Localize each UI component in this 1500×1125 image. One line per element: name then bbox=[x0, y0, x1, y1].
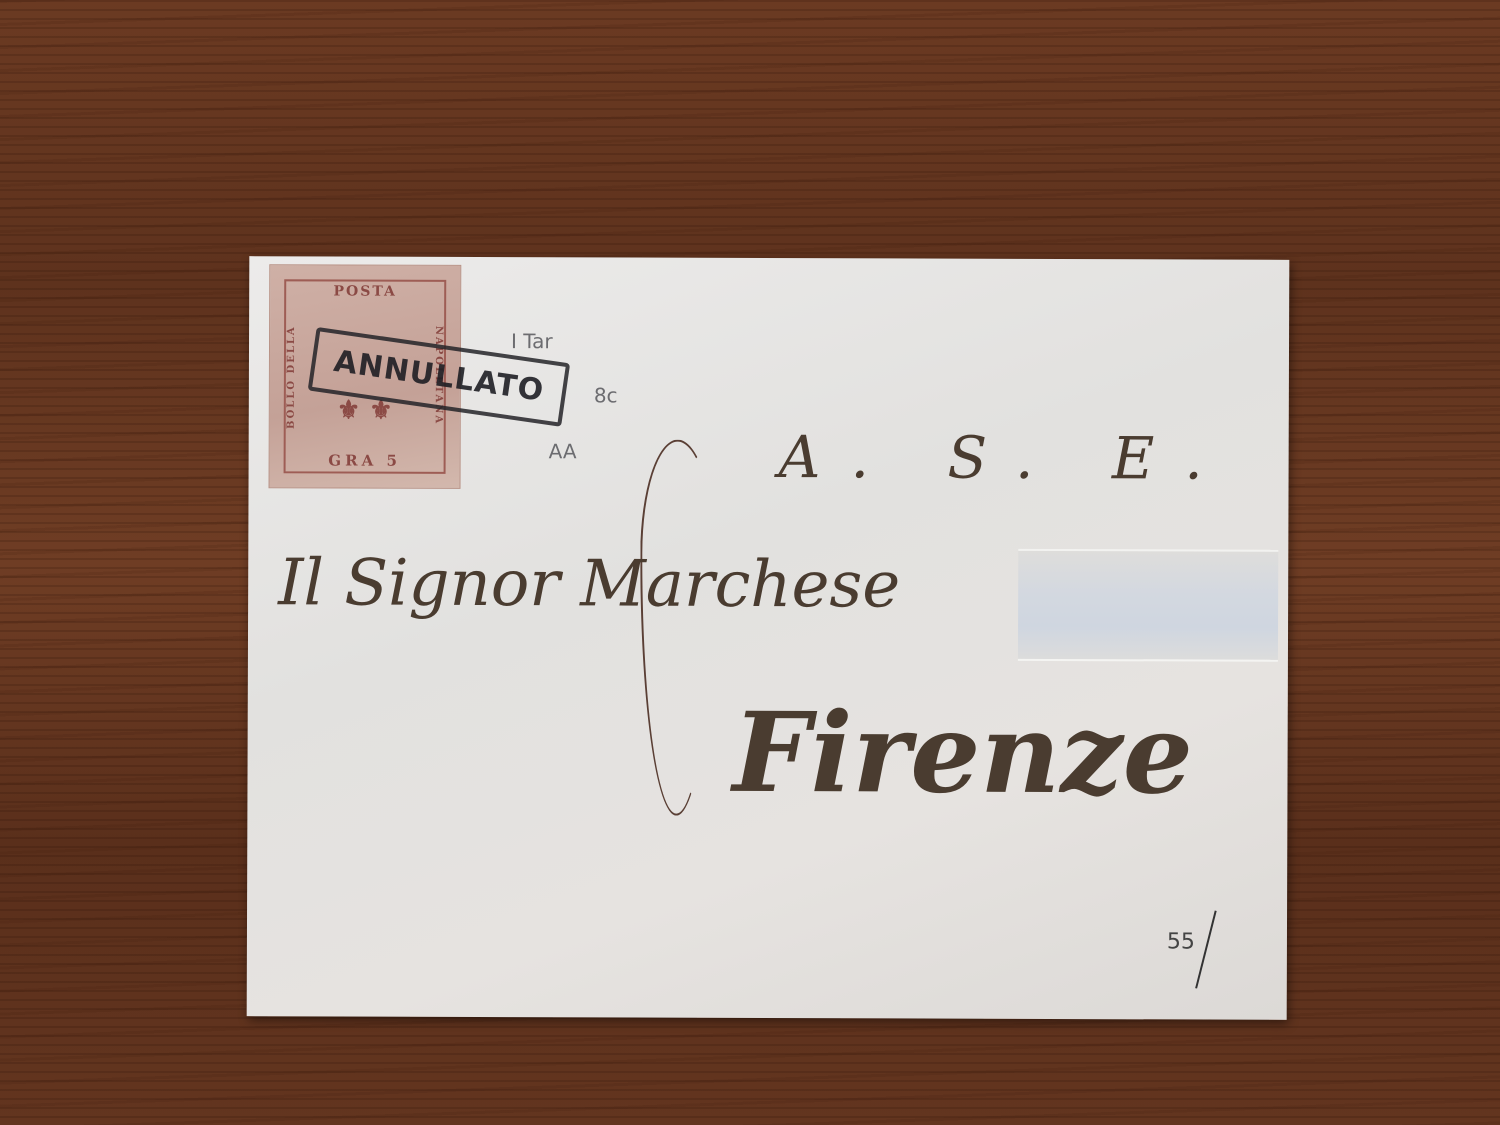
pencil-note-3: AA bbox=[549, 439, 577, 463]
folded-flap bbox=[1018, 549, 1278, 662]
recipient-line: Il Signor Marchese bbox=[278, 546, 900, 622]
reference-slash bbox=[1195, 911, 1217, 989]
stamp-value: GRA 5 bbox=[270, 451, 460, 470]
salutation: A. S. E. bbox=[779, 423, 1233, 493]
pencil-note-2: 8c bbox=[594, 383, 618, 407]
postal-cover: POSTA BOLLO DELLA NAPOLETANA ⚜ ⚜ GRA 5 A… bbox=[247, 256, 1290, 1020]
pencil-note-1: I Tar bbox=[511, 329, 553, 353]
rate-mark-6 bbox=[639, 440, 714, 816]
city-line: Firenze bbox=[732, 688, 1193, 819]
stamp-top-text: POSTA bbox=[270, 283, 460, 300]
reference-number: 55 bbox=[1167, 929, 1195, 954]
